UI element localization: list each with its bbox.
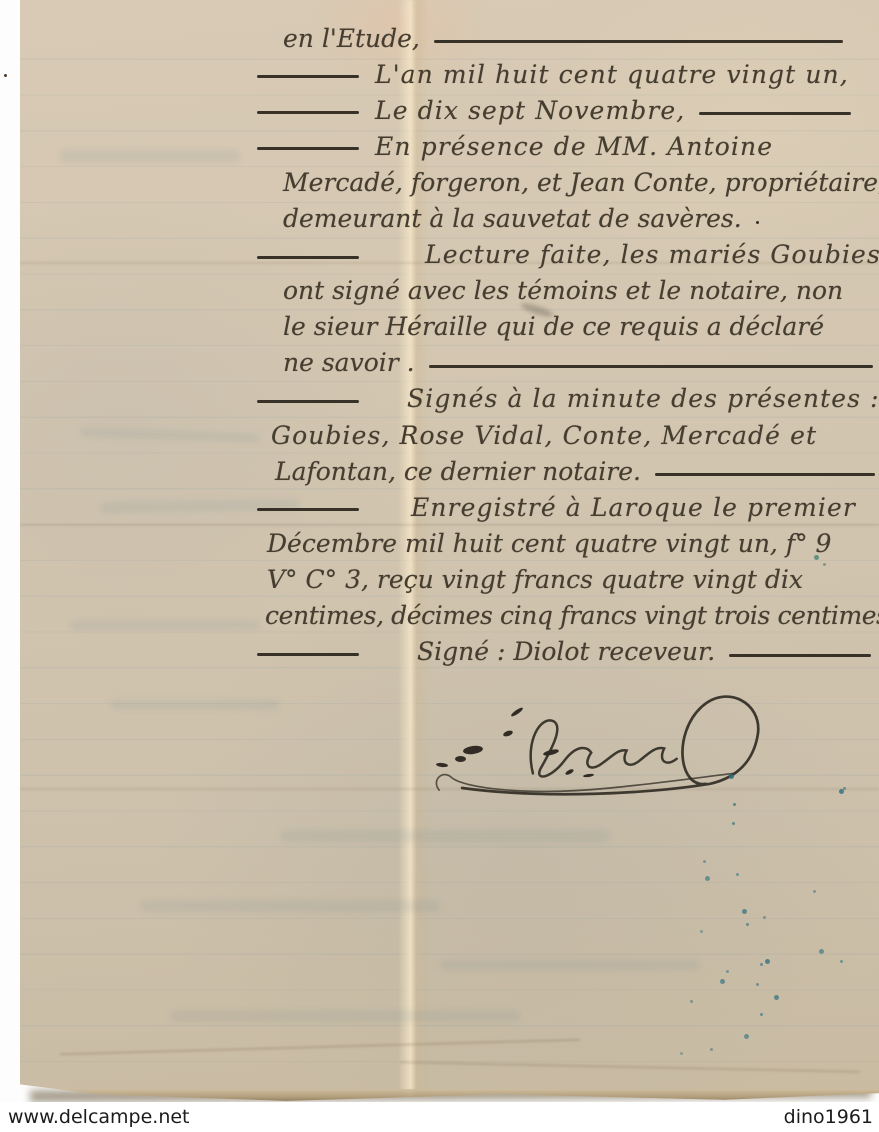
manuscript-line: le sieur Héraille qui de ce requis a déc… (255, 309, 877, 345)
line-text: V° C° 3, reçu vingt francs quatre vingt … (267, 565, 803, 594)
line-text: Le dix sept Novembre, (375, 96, 685, 125)
line-text: Lecture faite, les mariés Goubies (425, 240, 879, 269)
manuscript-page: en l'Etude, L'an mil huit cent quatre vi… (20, 0, 879, 1102)
line-text: Signés à la minute des présentes : (407, 384, 879, 413)
paragraph-rule (257, 256, 359, 259)
line-text: ont signé avec les témoins et le notaire… (283, 276, 843, 305)
manuscript-line: Signés à la minute des présentes : (255, 381, 877, 417)
manuscript-line: demeurant à la sauvetat de savères. (255, 200, 877, 236)
line-text: centimes, décimes cinq francs vingt troi… (265, 601, 879, 630)
line-text: en l'Etude, (283, 24, 420, 53)
paragraph-rule (699, 112, 851, 115)
manuscript-line: Mercadé, forgeron, et Jean Conte, propri… (255, 164, 877, 200)
manuscript-line: Enregistré à Laroque le premier (255, 489, 877, 525)
watermark-seller: dino1961 (784, 1106, 873, 1128)
paragraph-rule (257, 147, 359, 150)
paragraph-rule (257, 653, 359, 656)
manuscript-line: V° C° 3, reçu vingt francs quatre vingt … (255, 561, 877, 597)
line-text: Mercadé, forgeron, et Jean Conte, propri… (283, 168, 879, 197)
manuscript-line: ont signé avec les témoins et le notaire… (255, 273, 877, 309)
manuscript-line: Lecture faite, les mariés Goubies (255, 237, 877, 273)
line-text: demeurant à la sauvetat de savères. (283, 204, 742, 233)
ink-showthrough (60, 150, 240, 162)
manuscript-line: centimes, décimes cinq francs vingt troi… (255, 598, 877, 634)
paragraph-rule (756, 221, 759, 224)
ink-showthrough (140, 900, 440, 912)
manuscript-line: en l'Etude, (255, 20, 877, 56)
manuscript-line: En présence de MM. Antoine (255, 128, 877, 164)
paragraph-rule (429, 365, 873, 368)
line-text: Décembre mil huit cent quatre vingt un, … (267, 529, 831, 558)
manuscript-line: Décembre mil huit cent quatre vingt un, … (255, 525, 877, 561)
manuscript-text-block: en l'Etude, L'an mil huit cent quatre vi… (255, 20, 877, 670)
paragraph-rule (729, 654, 871, 657)
notary-signature-flourish (430, 688, 790, 813)
ink-showthrough (440, 960, 700, 970)
manuscript-line: Goubies, Rose Vidal, Conte, Mercadé et (255, 417, 877, 453)
manuscript-line: L'an mil huit cent quatre vingt un, (255, 56, 877, 92)
ink-showthrough (110, 700, 280, 710)
ink-showthrough (70, 620, 260, 630)
paragraph-rule (257, 508, 359, 511)
manuscript-line: Le dix sept Novembre, (255, 92, 877, 128)
line-text: ne savoir . (283, 348, 415, 377)
watermark-bar: www.delcampe.net dino1961 (0, 1102, 879, 1132)
paragraph-rule (257, 400, 359, 403)
line-text: Enregistré à Laroque le premier (411, 493, 856, 522)
paragraph-rule (257, 75, 359, 78)
line-text: le sieur Héraille qui de ce requis a déc… (283, 312, 824, 341)
line-text: Lafontan, ce dernier notaire. (275, 457, 641, 486)
paragraph-rule (434, 40, 843, 43)
scanned-manuscript-photo: en l'Etude, L'an mil huit cent quatre vi… (0, 0, 879, 1132)
watermark-delcampe: www.delcampe.net (8, 1106, 190, 1128)
blue-stamp-bleed (20, 0, 23, 3)
ink-showthrough (280, 830, 610, 842)
line-text: En présence de MM. Antoine (375, 132, 773, 161)
paragraph-rule (655, 473, 875, 476)
paragraph-rule (257, 111, 359, 114)
line-text: Signé : Diolot receveur. (417, 637, 715, 666)
line-text: L'an mil huit cent quatre vingt un, (375, 60, 849, 89)
manuscript-line: Lafontan, ce dernier notaire. (255, 453, 877, 489)
manuscript-line: ne savoir . (255, 345, 877, 381)
manuscript-line: Signé : Diolot receveur. (255, 634, 877, 670)
dust-speck (4, 74, 7, 77)
line-text: Goubies, Rose Vidal, Conte, Mercadé et (271, 421, 817, 450)
ink-showthrough (170, 1010, 520, 1022)
